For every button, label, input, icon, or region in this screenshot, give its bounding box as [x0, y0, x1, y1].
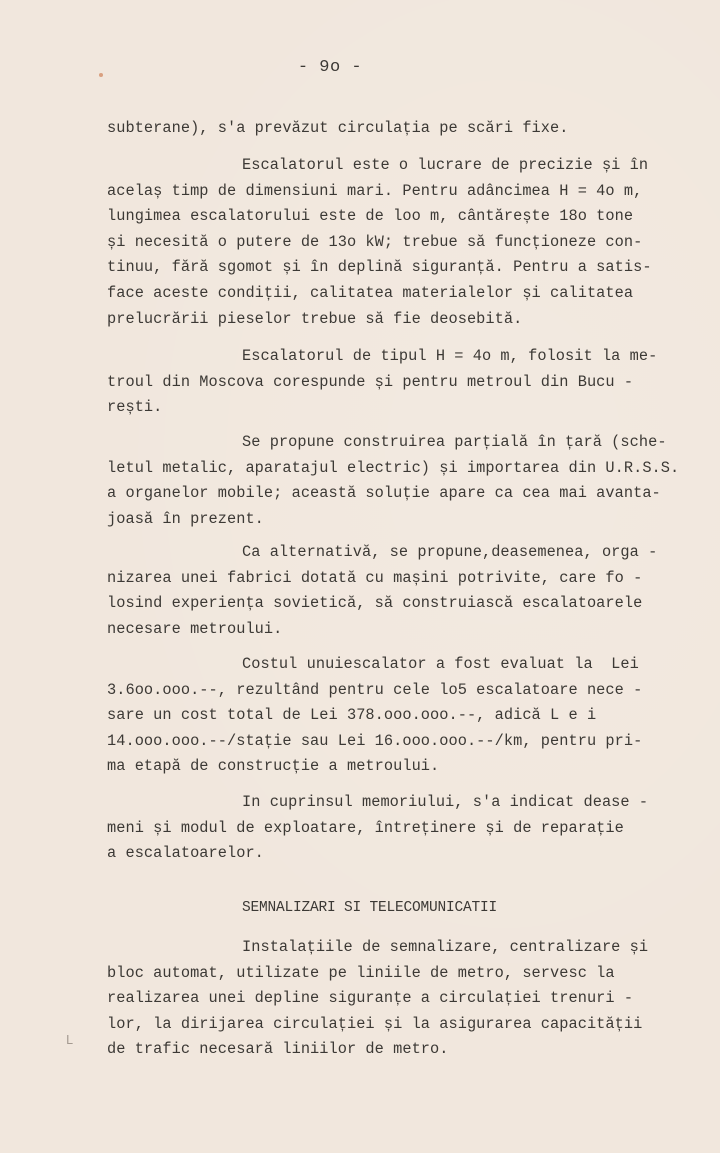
paragraph-escalator-description: Escalatorul este o lucrare de precizie ș…: [107, 153, 697, 332]
text-line: lor, la dirijarea circulației și la asig…: [107, 1012, 697, 1038]
paragraph-alternative: Ca alternativă, se propune,deasemenea, o…: [107, 540, 697, 642]
paragraph-partial-construction: Se propune construirea parțială în țară …: [107, 430, 697, 532]
paragraph-escalator-type: Escalatorul de tipul H = 4o m, folosit l…: [107, 344, 697, 421]
text-line: Instalațiile de semnalizare, centralizar…: [107, 935, 697, 961]
document-page: - 9o - subterane), s'a prevăzut circulaț…: [0, 0, 720, 1153]
text-line: In cuprinsul memoriului, s'a indicat dea…: [107, 790, 697, 816]
text-line: necesare metroului.: [107, 617, 697, 643]
text-line: de trafic necesară liniilor de metro.: [107, 1037, 697, 1063]
text-line: meni și modul de exploatare, întreținere…: [107, 816, 697, 842]
text-line: Escalatorul de tipul H = 4o m, folosit l…: [107, 344, 697, 370]
section-heading: SEMNALIZARI SI TELECOMUNICATII: [242, 900, 497, 916]
paragraph-signaling: Instalațiile de semnalizare, centralizar…: [107, 935, 697, 1063]
text-line: losind experiența sovietică, să construi…: [107, 591, 697, 617]
text-line: 3.6oo.ooo.--, rezultând pentru cele lo5 …: [107, 678, 697, 704]
text-line: face aceste condiții, calitatea material…: [107, 281, 697, 307]
text-line: Ca alternativă, se propune,deasemenea, o…: [107, 540, 697, 566]
text-line: a escalatoarelor.: [107, 841, 697, 867]
text-line: a organelor mobile; această soluție apar…: [107, 481, 697, 507]
text-line: Se propune construirea parțială în țară …: [107, 430, 697, 456]
text-line: troul din Moscova corespunde și pentru m…: [107, 370, 697, 396]
text-line: nizarea unei fabrici dotată cu mașini po…: [107, 566, 697, 592]
page-number: - 9o -: [0, 58, 660, 77]
text-line: bloc automat, utilizate pe liniile de me…: [107, 961, 697, 987]
text-line: Escalatorul este o lucrare de precizie ș…: [107, 153, 697, 179]
text-line: rești.: [107, 395, 697, 421]
text-line: ma etapă de construcție a metroului.: [107, 754, 697, 780]
text-line: prelucrării pieselor trebue să fie deose…: [107, 307, 697, 333]
text-line: lungimea escalatorului este de loo m, câ…: [107, 204, 697, 230]
text-line: sare un cost total de Lei 378.ooo.ooo.--…: [107, 703, 697, 729]
paragraph-memoir: In cuprinsul memoriului, s'a indicat dea…: [107, 790, 697, 867]
text-line: letul metalic, aparatajul electric) și i…: [107, 456, 697, 482]
margin-pencil-mark: L: [66, 1033, 73, 1047]
paragraph-continuation: subterane), s'a prevăzut circulația pe s…: [107, 116, 697, 142]
text-line: subterane), s'a prevăzut circulația pe s…: [107, 116, 697, 142]
text-line: și necesită o putere de 13o kW; trebue s…: [107, 230, 697, 256]
text-line: joasă în prezent.: [107, 507, 697, 533]
text-line: 14.ooo.ooo.--/stație sau Lei 16.ooo.ooo.…: [107, 729, 697, 755]
paragraph-cost: Costul unuiescalator a fost evaluat la L…: [107, 652, 697, 780]
text-line: realizarea unei depline siguranțe a circ…: [107, 986, 697, 1012]
text-line: tinuu, fără sgomot și în deplină siguran…: [107, 255, 697, 281]
text-line: acelaș timp de dimensiuni mari. Pentru a…: [107, 179, 697, 205]
text-line: Costul unuiescalator a fost evaluat la L…: [107, 652, 697, 678]
